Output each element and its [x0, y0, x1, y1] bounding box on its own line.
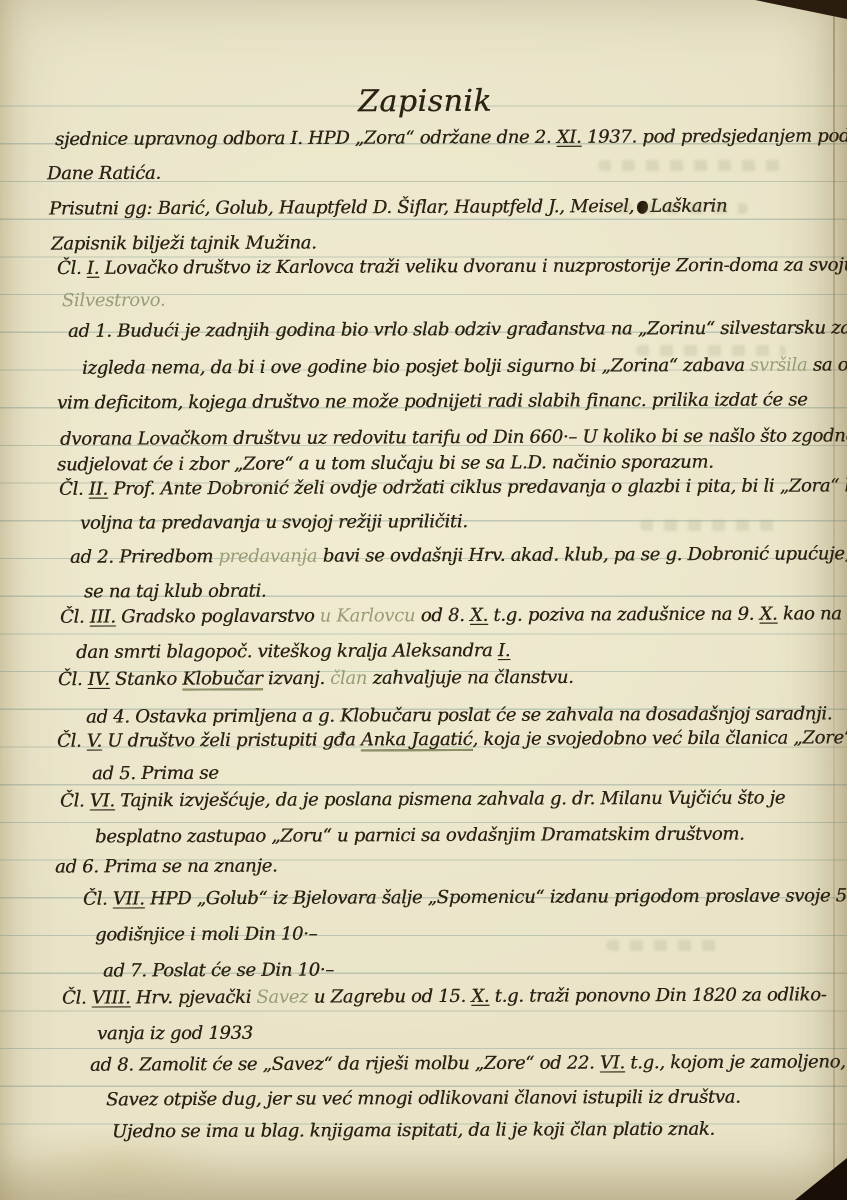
handwritten-text: X.: [759, 604, 777, 625]
manuscript-line: Čl. II. Prof. Ante Dobronić želi ovdje o…: [59, 475, 847, 500]
handwritten-text: t.g. poziva na zadušnice na 9.: [488, 604, 760, 626]
manuscript-line: ad 8. Zamolit će se „Savez“ da riješi mo…: [90, 1051, 847, 1075]
manuscript-line: Čl. VIII. Hrv. pjevački Savez u Zagrebu …: [62, 984, 827, 1008]
faded-word: Savez: [256, 987, 308, 1008]
manuscript-line: sjednice upravnog odbora I. HPD „Zora“ o…: [55, 125, 847, 150]
handwritten-text: Zapisnik bilježi tajnik Mužina.: [51, 232, 317, 254]
manuscript-line: Ujedno se ima u blag. knjigama ispitati,…: [112, 1119, 715, 1143]
handwritten-text: Ujedno se ima u blag. knjigama ispitati,…: [112, 1119, 715, 1143]
scanned-notebook-page: Zapisniksjednice upravnog odbora I. HPD …: [0, 0, 847, 1200]
faded-word: u Karlovcu: [320, 605, 416, 626]
handwritten-text: VI.: [600, 1052, 625, 1073]
bleed-through-smudge: [598, 160, 788, 171]
handwritten-text: sjednice upravnog odbora I. HPD „Zora“ o…: [55, 127, 557, 150]
handwritten-text: Čl.: [60, 790, 90, 811]
handwritten-text: dan smrti blagopoč. viteškog kralja Alek…: [76, 640, 498, 663]
manuscript-line: Čl. VI. Tajnik izvješćuje, da je poslana…: [60, 787, 785, 811]
handwritten-text: Anka Jagatić: [361, 729, 473, 750]
page-edge-line: [833, 0, 835, 1200]
handwritten-text: Čl.: [83, 889, 113, 910]
manuscript-line: izgleda nema, da bi i ove godine bio pos…: [82, 354, 847, 379]
handwritten-text: ad 6. Prima se na znanje.: [55, 856, 277, 878]
manuscript-line: Dane Ratića.: [47, 163, 161, 184]
handwritten-text: U društvo želi pristupiti gđa: [102, 729, 361, 751]
handwritten-text: kao na: [777, 603, 841, 624]
handwritten-text: zahvaljuje na članstvu.: [367, 667, 573, 689]
manuscript-line: dan smrti blagopoč. viteškog kralja Alek…: [76, 640, 510, 663]
handwritten-text: u Zagrebu od 15.: [308, 986, 471, 1008]
handwritten-text: VIII.: [92, 987, 131, 1008]
manuscript-line: Čl. IV. Stanko Klobučar izvanj. član zah…: [58, 667, 574, 690]
handwritten-text: od 8.: [415, 605, 470, 626]
handwritten-text: ad 2. Priredbom: [70, 546, 219, 568]
handwritten-text: ad 5. Prima se: [92, 763, 219, 785]
handwritten-text: I.: [87, 258, 99, 279]
handwritten-text: Čl.: [60, 607, 90, 628]
handwritten-text: , koja je svojedobno već bila članica „Z…: [472, 727, 847, 750]
page-title: Zapisnik: [358, 84, 492, 120]
handwritten-text: vim deficitom, kojega društvo ne može po…: [57, 389, 808, 413]
handwritten-text: bavi se ovdašnji Hrv. akad. klub, pa se …: [317, 543, 847, 566]
manuscript-line: Čl. III. Gradsko poglavarstvo u Karlovcu…: [60, 603, 842, 627]
handwritten-text: izgleda nema, da bi i ove godine bio pos…: [82, 355, 750, 379]
handwritten-text: t.g., kojom je zamoljeno, da: [625, 1051, 847, 1073]
handwritten-text: II.: [89, 479, 108, 500]
handwritten-text: Čl.: [58, 669, 88, 690]
handwritten-text: VI.: [90, 790, 115, 811]
handwritten-text: dvorana Lovačkom društvu uz redovitu tar…: [60, 425, 847, 450]
handwritten-text: Stanko: [110, 669, 183, 690]
manuscript-line: Silvestrovo.: [62, 290, 165, 311]
handwritten-text: vanja iz god 1933: [97, 1023, 253, 1045]
handwritten-text: se na taj klub obrati.: [84, 581, 266, 603]
bleed-through-smudge: [636, 345, 786, 356]
handwritten-text: ad 1. Budući je zadnjih godina bio vrlo …: [68, 317, 847, 342]
manuscript-line: ad 2. Priredbom predavanja bavi se ovdaš…: [70, 543, 847, 568]
handwritten-text: godišnjice i moli Din 10·–: [95, 924, 317, 946]
handwritten-text: Gradsko poglavarstvo: [116, 606, 320, 628]
handwritten-text: Hrv. pjevački: [130, 987, 256, 1009]
manuscript-line: Čl. VII. HPD „Golub“ iz Bjelovara šalje …: [83, 885, 847, 909]
manuscript-line: ad 6. Prima se na znanje.: [55, 856, 277, 878]
handwritten-text: Savez otpiše dug, jer su već mnogi odlik…: [106, 1087, 741, 1111]
bleed-through-smudge: [606, 940, 726, 951]
handwritten-text: Prof. Ante Dobronić želi ovdje održati c…: [108, 475, 847, 499]
handwritten-text: Zapisnik: [358, 84, 492, 120]
bleed-through-smudge: [640, 520, 780, 531]
handwritten-text: X.: [470, 605, 488, 626]
manuscript-line: voljna ta predavanja u svojoj režiji upr…: [80, 511, 468, 534]
handwritten-text: Čl.: [59, 479, 89, 500]
handwritten-text: XI.: [557, 127, 582, 148]
manuscript-line: sudjelovat će i zbor „Zore“ a u tom sluč…: [57, 452, 714, 476]
handwritten-text: t.g. traži ponovno Din 1820 za odliko-: [489, 984, 826, 1006]
manuscript-line: besplatno zastupao „Zoru“ u parnici sa o…: [95, 824, 745, 848]
handwritten-text: Klobučar: [182, 668, 262, 689]
handwritten-text: besplatno zastupao „Zoru“ u parnici sa o…: [95, 824, 745, 848]
handwritten-text: Dane Ratića.: [47, 163, 161, 184]
handwritten-text: IV.: [88, 669, 110, 690]
handwritten-text: ad 8. Zamolit će se „Savez“ da riješi mo…: [90, 1052, 600, 1075]
handwritten-text: Čl.: [57, 731, 87, 752]
handwritten-text: Čl.: [62, 988, 92, 1009]
manuscript-line: godišnjice i moli Din 10·–: [95, 924, 317, 946]
manuscript-line: vanja iz god 1933: [97, 1023, 253, 1045]
handwritten-text: HPD „Golub“ iz Bjelovara šalje „Spomenic…: [144, 885, 847, 909]
handwritten-text: sudjelovat će i zbor „Zore“ a u tom sluč…: [57, 452, 714, 476]
handwritten-text: izvanj.: [262, 668, 330, 689]
manuscript-line: Savez otpiše dug, jer su već mnogi odlik…: [106, 1087, 741, 1111]
handwritten-text: III.: [90, 606, 116, 627]
handwritten-text: voljna ta predavanja u svojoj režiji upr…: [80, 511, 468, 534]
manuscript-line: Zapisnik bilježi tajnik Mužina.: [51, 232, 317, 254]
handwritten-text: ad 7. Poslat će se Din 10·–: [103, 959, 334, 981]
manuscript-line: ad 7. Poslat će se Din 10·–: [103, 959, 334, 981]
handwritten-text: Čl.: [57, 258, 87, 279]
handwritten-text: sa osjetlji-: [807, 354, 847, 375]
handwritten-text: VII.: [113, 888, 145, 909]
handwritten-text: I.: [498, 640, 510, 661]
bleed-through-smudge: [618, 203, 748, 214]
faded-word: predavanja: [218, 546, 317, 567]
manuscript-line: ad 1. Budući je zadnjih godina bio vrlo …: [68, 317, 847, 342]
manuscript-line: se na taj klub obrati.: [84, 581, 266, 603]
handwritten-text: Lovačko društvo iz Karlovca traži veliku…: [99, 254, 847, 279]
faded-word: član: [330, 668, 367, 689]
handwritten-text: ad 4. Ostavka primljena a g. Klobučaru p…: [86, 703, 832, 727]
manuscript-line: ad 4. Ostavka primljena a g. Klobučaru p…: [86, 703, 832, 727]
manuscript-line: Čl. V. U društvo želi pristupiti gđa Ank…: [57, 727, 847, 751]
manuscript-line: Čl. I. Lovačko društvo iz Karlovca traži…: [57, 254, 847, 279]
manuscript-line: vim deficitom, kojega društvo ne može po…: [57, 389, 808, 413]
handwritten-text: X.: [471, 986, 489, 1007]
faded-word: Silvestrovo.: [62, 290, 165, 311]
handwritten-text: V.: [87, 731, 102, 752]
faded-word: svršila: [750, 355, 807, 376]
handwritten-text: 1937. pod predsjedanjem podpredsjednika …: [581, 125, 847, 148]
handwritten-text: Tajnik izvješćuje, da je poslana pismena…: [115, 787, 785, 811]
handwritten-text: Prisutni gg: Barić, Golub, Hauptfeld D. …: [49, 196, 634, 220]
manuscript-line: dvorana Lovačkom društvu uz redovitu tar…: [60, 425, 847, 450]
manuscript-line: ad 5. Prima se: [92, 763, 219, 785]
